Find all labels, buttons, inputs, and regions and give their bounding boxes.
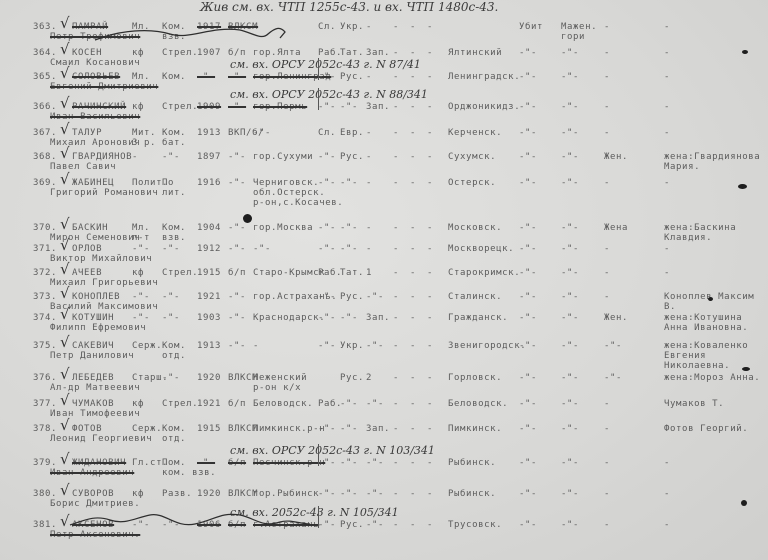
ink-blot (742, 367, 750, 371)
pen-scribbles (0, 0, 768, 560)
ink-blot (741, 500, 747, 506)
ink-blot (738, 184, 747, 189)
ink-blot (243, 214, 252, 223)
ink-blot (708, 297, 713, 301)
ink-blot (742, 50, 748, 54)
archival-document-page: Жив см. вх. ЧТП 1255с-43. и вх. ЧТП 1480… (0, 0, 768, 560)
